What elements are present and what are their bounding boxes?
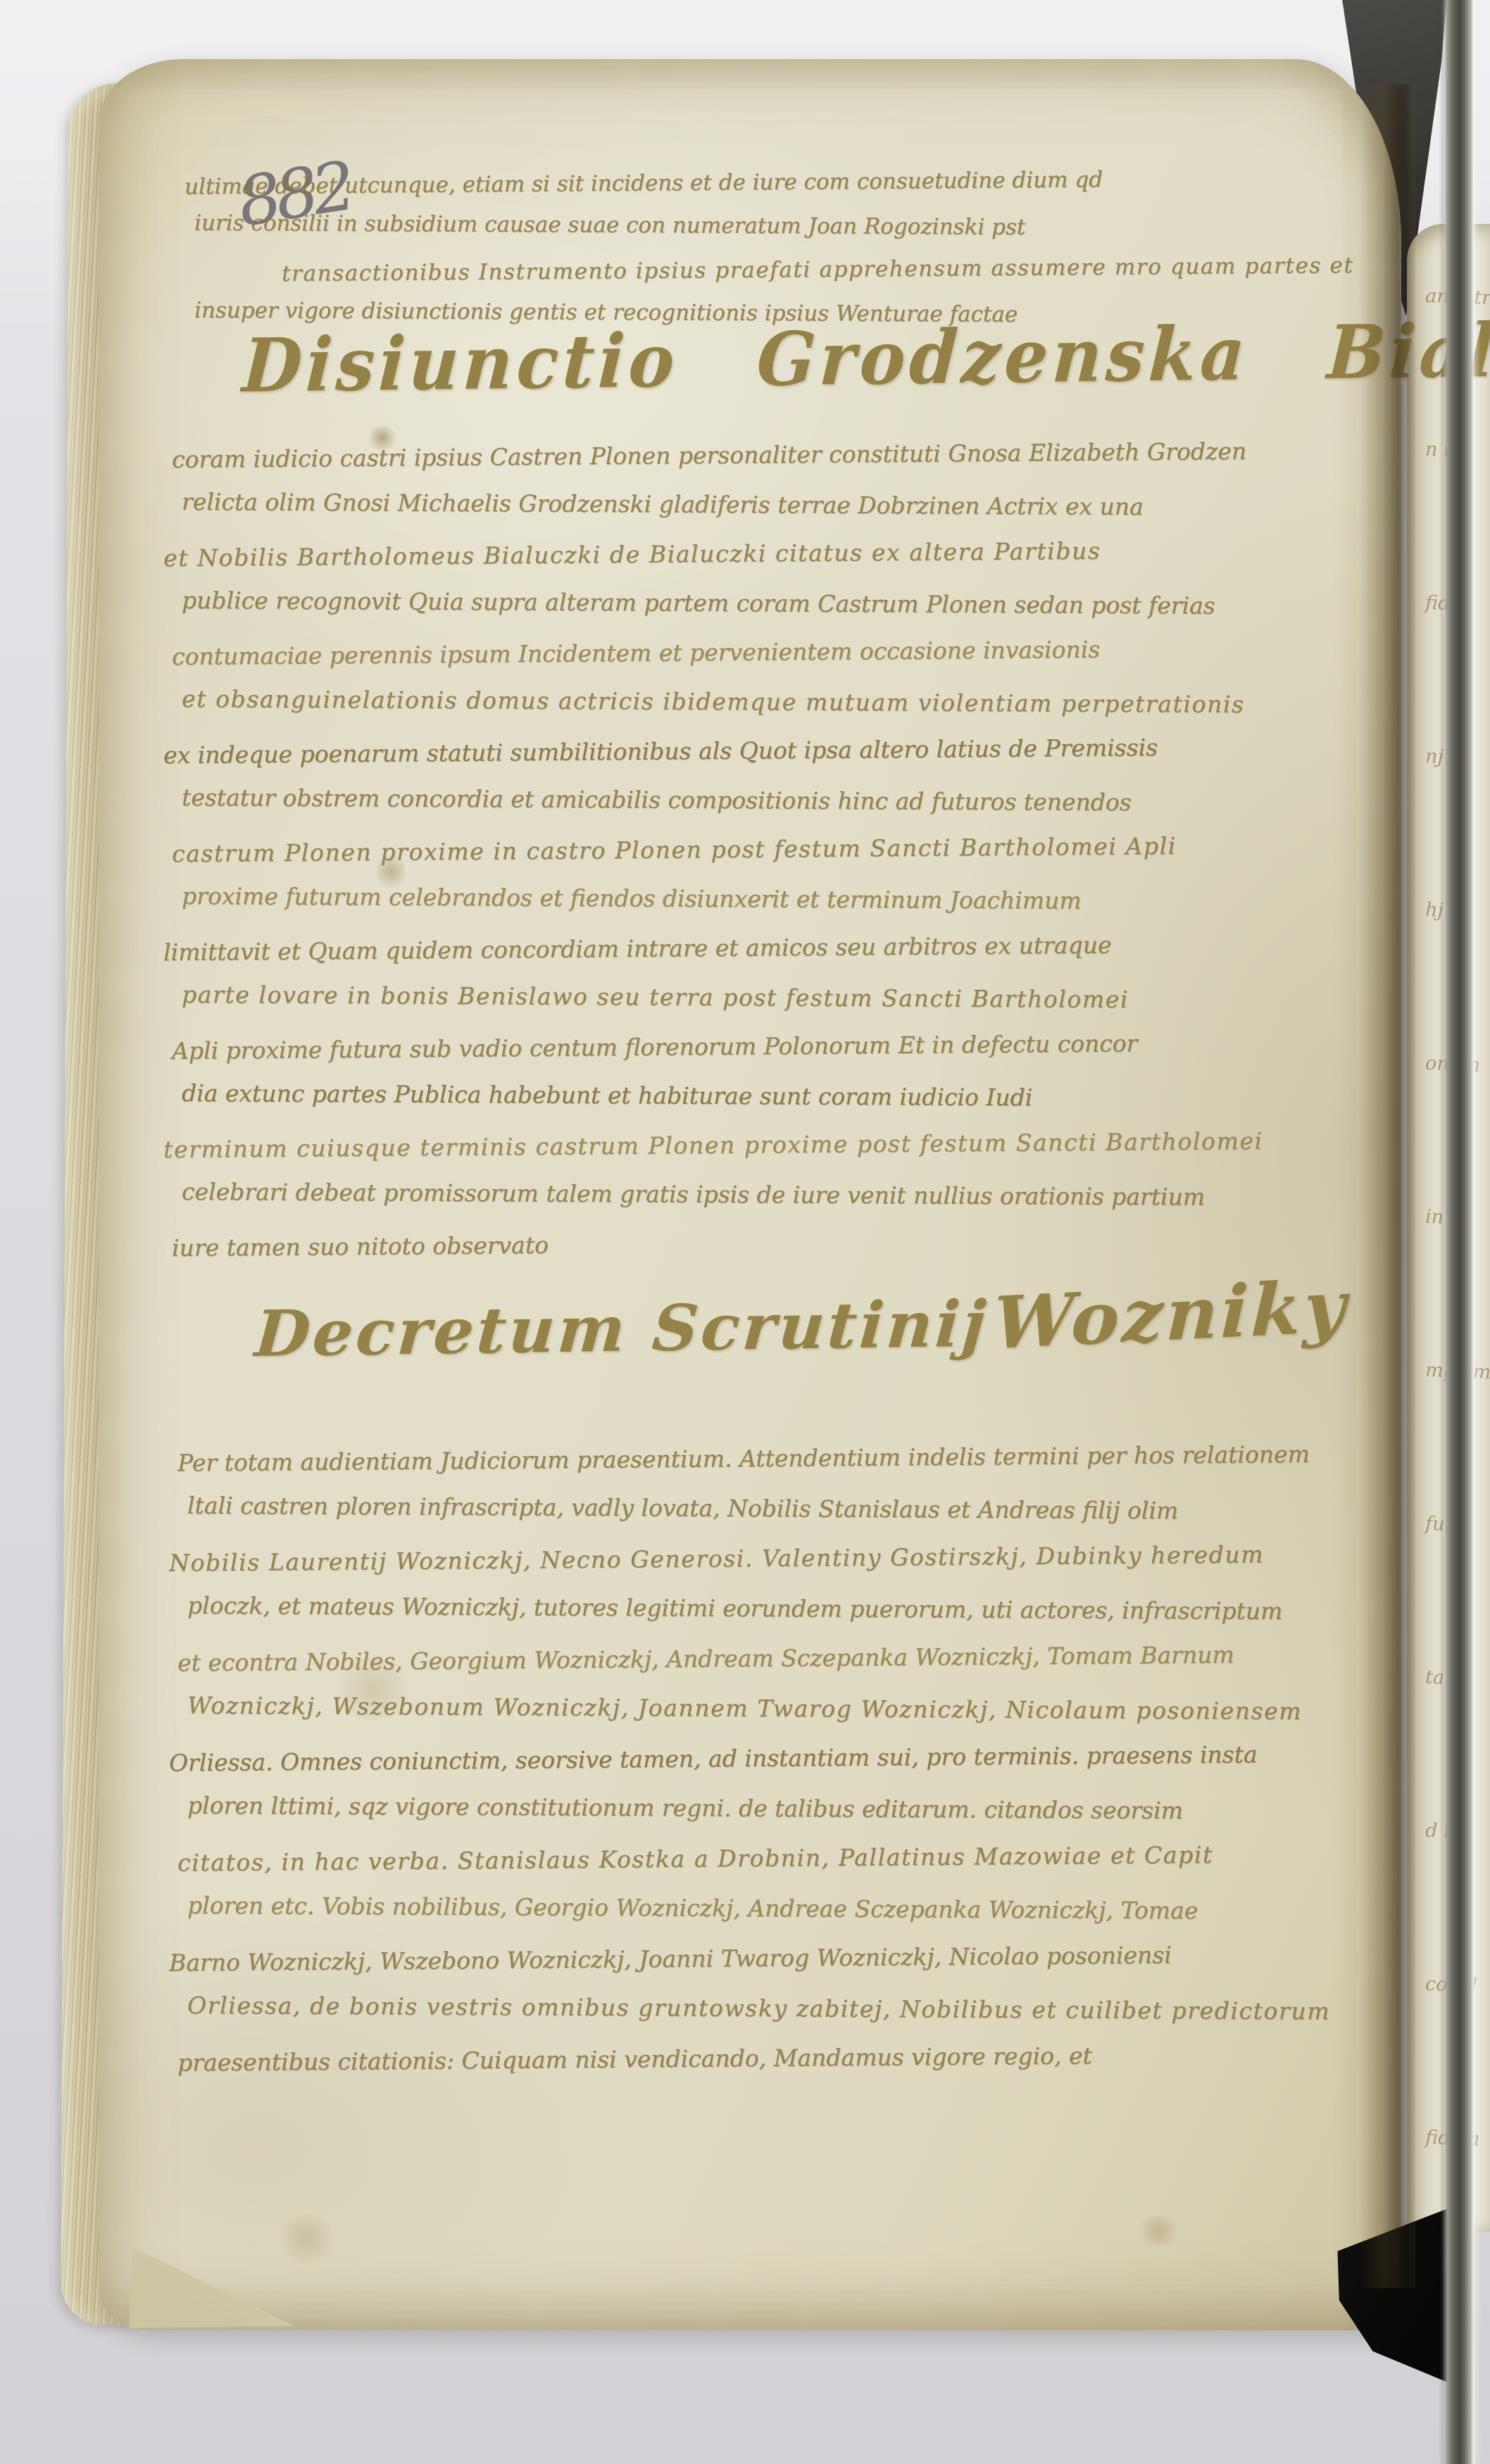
manuscript-line: ultimae debet utcunque, etiam si sit inc… [184, 156, 1354, 208]
manuscript-line: transactionibus Instrumento ipsius praef… [282, 244, 1354, 296]
manuscript-line: parte lovare in bonis Benislawo seu terr… [182, 970, 1263, 1025]
manuscript-line: iure tamen suo nitoto observato [172, 1215, 1263, 1273]
paper-stain [1134, 2217, 1183, 2245]
manuscript-line: Nobilis Laurentij Wozniczkj, Necno Gener… [169, 1529, 1331, 1588]
manuscript-line: citatos, in hac verba. Stanislaus Kostka… [177, 1829, 1331, 1888]
heading-decretum-left: Decretum Scrutinij [253, 1289, 991, 1369]
photo-of-manuscript: { "photo": { "page_number": "882", "head… [0, 0, 1490, 2464]
manuscript-line: contumaciae perennis ipsum Incidentem et… [172, 624, 1263, 681]
manuscript-line: Orliessa. Omnes coniunctim, seorsive tam… [169, 1729, 1331, 1788]
manuscript-line: ploczk, et mateus Wozniczkj, tutores leg… [187, 1580, 1330, 1636]
heading-wozniky-right: Wozniky [992, 1267, 1350, 1364]
manuscript-line: dia extunc partes Publica habebunt et ha… [182, 1069, 1263, 1124]
manuscript-line: publice recognovit Quia supra alteram pa… [182, 576, 1263, 631]
manuscript-line: terminum cuiusque terminis castrum Plone… [163, 1117, 1263, 1174]
gutter-shadow [1360, 84, 1415, 2288]
manuscript-line: praesentibus citationis: Cuiquam nisi ve… [177, 2029, 1331, 2088]
intro-paragraph: ultimae debet utcunque, etiam si sit inc… [176, 161, 1353, 335]
manuscript-line: relicta olim Gnosi Michaelis Grodzenski … [182, 477, 1263, 532]
manuscript-line: ltali castren ploren infrascripta, vadly… [187, 1481, 1330, 1536]
manuscript-line: limittavit et Quam quidem concordiam int… [163, 919, 1263, 977]
manuscript-line: iuris consilii in subsidium causae suae … [194, 201, 1354, 251]
glass-weight-rod [1444, 0, 1476, 2464]
heading-decretum-scrutinij-wozniky: Decretum Scrutinij Wozniky [252, 1284, 1351, 1378]
manuscript-line: Barno Wozniczkj, Wszebono Wozniczkj, Joa… [169, 1929, 1331, 1988]
manuscript-line: Apli proxime futura sub vadio centum flo… [172, 1018, 1263, 1076]
manuscript-line: Wozniczkj, Wszebonum Wozniczkj, Joannem … [187, 1680, 1330, 1736]
manuscript-line: Per totam audientiam Judiciorum praesent… [177, 1429, 1331, 1488]
manuscript-line: proxime futurum celebrandos et fiendos d… [182, 872, 1263, 926]
heading-disiunctio-grodzenska-bialuczki: Disiunctio Grodzenska Bialuczki [240, 311, 1407, 406]
manuscript-line: Orliessa, de bonis vestris omnibus grunt… [187, 1980, 1330, 2036]
manuscript-line: et obsanguinelationis domus actricis ibi… [182, 674, 1263, 729]
manuscript-line: ex indeque poenarum statuti sumbilitioni… [163, 722, 1263, 780]
manuscript-line: castrum Plonen proxime in castro Plonen … [172, 821, 1263, 879]
manuscript-line: et econtra Nobiles, Georgium Wozniczkj, … [177, 1629, 1331, 1688]
paper-stain [275, 2213, 338, 2263]
manuscript-line: ploren etc. Vobis nobilibus, Georgio Woz… [187, 1880, 1330, 1936]
manuscript-line: coram iudicio castri ipsius Castren Plon… [172, 427, 1263, 484]
grodzenska-paragraph: coram iudicio castri ipsius Castren Plon… [163, 431, 1263, 1269]
manuscript-line: et Nobilis Bartholomeus Bialuczki de Bia… [163, 525, 1263, 583]
manuscript-line: celebrari debeat promissorum talem grati… [182, 1167, 1263, 1222]
wozniky-paragraph: Per totam audientiam Judiciorum praesent… [169, 1433, 1330, 2083]
manuscript-line: testatur obstrem concordia et amicabilis… [182, 773, 1263, 828]
manuscript-line: ploren lttimi, sqz vigore constitutionum… [187, 1780, 1330, 1836]
